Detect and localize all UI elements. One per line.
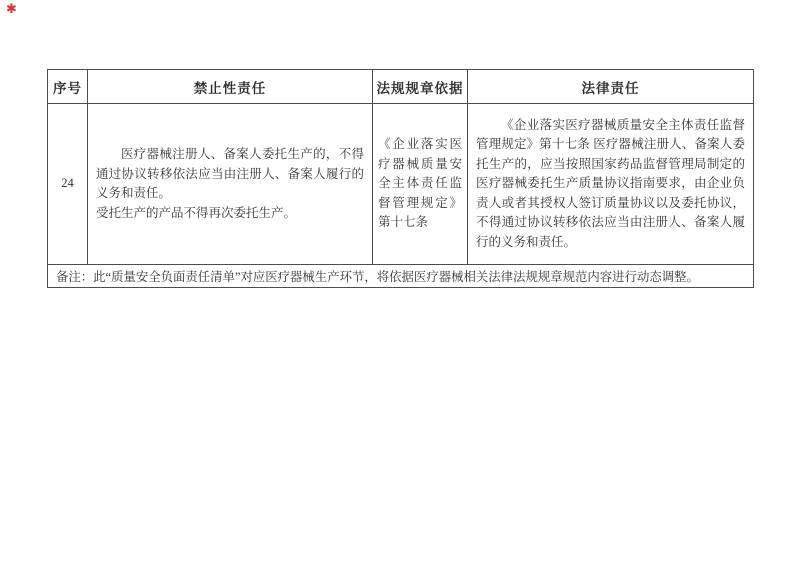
header-legal-liability: 法律责任 [468, 70, 754, 104]
note-text: 备注：此“质量安全负面责任清单”对应医疗器械生产环节，将依据医疗器械相关法律法规… [48, 265, 754, 288]
prohibition-paragraph-1: 医疗器械注册人、备案人委托生产的，不得通过协议转移依法应当由注册人、备案人履行的… [96, 145, 364, 204]
note-row: 备注：此“质量安全负面责任清单”对应医疗器械生产环节，将依据医疗器械相关法律法规… [48, 265, 754, 288]
header-legal-basis: 法规规章依据 [373, 70, 468, 104]
header-serial-number: 序号 [48, 70, 88, 104]
table-header-row: 序号 禁止性责任 法规规章依据 法律责任 [48, 70, 754, 104]
legal-liability-cell: 《企业落实医疗器械质量安全主体责任监督管理规定》第十七条 医疗器械注册人、备案人… [468, 104, 754, 265]
table-row: 24 医疗器械注册人、备案人委托生产的，不得通过协议转移依法应当由注册人、备案人… [48, 104, 754, 265]
responsibility-table: 序号 禁止性责任 法规规章依据 法律责任 24 医疗器械注册人、备案人委托生产的… [47, 69, 754, 288]
prohibition-paragraph-2: 受托生产的产品不得再次委托生产。 [96, 204, 364, 224]
header-prohibited-responsibility: 禁止性责任 [88, 70, 373, 104]
legal-liability-paragraph: 《企业落实医疗器械质量安全主体责任监督管理规定》第十七条 医疗器械注册人、备案人… [476, 116, 745, 253]
prohibited-responsibility-cell: 医疗器械注册人、备案人委托生产的，不得通过协议转移依法应当由注册人、备案人履行的… [88, 104, 373, 265]
legal-basis-cell: 《企业落实医疗器械质量安全主体责任监督管理规定》第十七条 [373, 104, 468, 265]
document-page: ✱ 序号 禁止性责任 法规规章依据 法律责任 24 医疗器械注册人、备案人委托生… [0, 0, 800, 565]
red-corner-mark-icon: ✱ [6, 3, 17, 17]
serial-number-cell: 24 [48, 104, 88, 265]
